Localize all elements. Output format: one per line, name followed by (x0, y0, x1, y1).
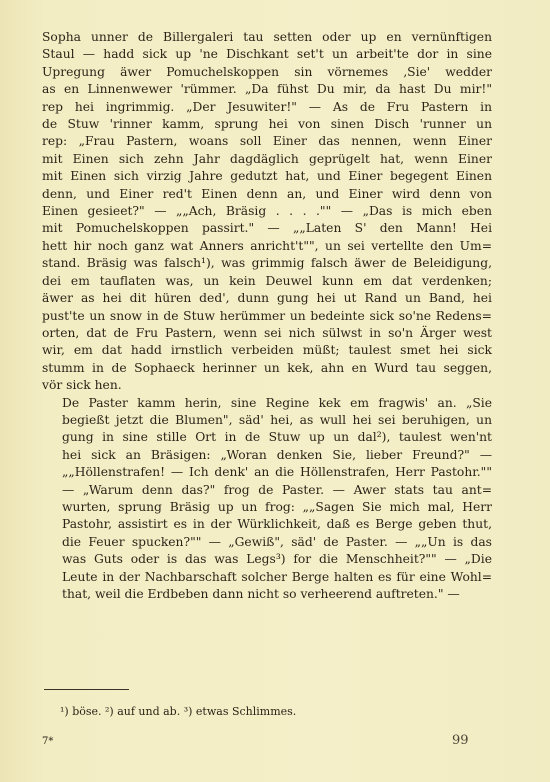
text-line: Sopha unner de Billergaleri tau setten o… (42, 29, 492, 46)
paragraph: De Paster kamm herin, sine Regine kek em… (42, 395, 492, 604)
text-line: pust'te un snow in de Stuw herümmer un b… (42, 308, 492, 325)
text-line: Einen gesieet?" — „„Ach, Bräsig . . . ."… (42, 203, 492, 220)
text-line: Upregung äwer Pomuchelskoppen sin vörnem… (42, 64, 492, 81)
paragraph: Sopha unner de Billergaleri tau setten o… (42, 29, 492, 395)
text-line: dei em tauflaten was, un kein Deuwel kun… (42, 273, 492, 290)
text-line: „„Höllenstrafen! — Ich denk' an die Höll… (42, 464, 492, 481)
text-line: de Stuw 'rinner kamm, sprung hei von sin… (42, 116, 492, 133)
text-line: vör sick hen. (42, 377, 492, 394)
text-line: De Paster kamm herin, sine Regine kek em… (42, 395, 492, 412)
page-number: 99 (452, 733, 469, 748)
text-line: hett hir noch ganz wat Anners anricht't"… (42, 238, 492, 255)
text-line: hei sick an Bräsigen: „Woran denken Sie,… (42, 447, 492, 464)
text-line: stand. Bräsig was falsch¹), was grimmig … (42, 255, 492, 272)
text-line: rep hei ingrimmig. „Der Jesuwiter!" — As… (42, 99, 492, 116)
text-line: wurten, sprung Bräsig up un frog: „„Sage… (42, 499, 492, 516)
text-line: mit Pomuchelskoppen passirt." — „„Laten … (42, 220, 492, 237)
text-line: begießt jetzt die Blumen", säd' hei, as … (42, 412, 492, 429)
text-line: rep: „Frau Pastern, woans soll Einer das… (42, 133, 492, 150)
text-line: mit Einen sich virzig Jahre gedutzt hat,… (42, 168, 492, 185)
text-line: orten, dat de Fru Pastern, wenn sei nich… (42, 325, 492, 342)
text-line: — „Warum denn das?" frog de Paster. — Aw… (42, 482, 492, 499)
text-line: gung in sine stille Ort in de Stuw up un… (42, 429, 492, 446)
signature-mark: 7* (42, 736, 53, 747)
text-line: Staul — hadd sick up 'ne Dischkant set't… (42, 46, 492, 63)
body-text: Sopha unner de Billergaleri tau setten o… (42, 29, 492, 603)
text-line: Leute in der Nachbarschaft solcher Berge… (42, 569, 492, 586)
text-line: that, weil die Erdbeben dann nicht so ve… (42, 586, 492, 603)
text-line: wir, em dat hadd irnstlich verbeiden müß… (42, 342, 492, 359)
text-line: denn, und Einer red't Einen denn an, und… (42, 186, 492, 203)
text-line: äwer as hei dit hüren ded', dunn gung he… (42, 290, 492, 307)
text-line: Pastohr, assistirt es in der Würklichkei… (42, 516, 492, 533)
text-line: was Guts oder is das was Legs³) for die … (42, 551, 492, 568)
text-line: as en Linnenwewer 'rümmer. „Da fühst Du … (42, 81, 492, 98)
text-line: mit Einen sich zehn Jahr dagdäglich gepr… (42, 151, 492, 168)
text-line: die Feuer spucken?"" — „Gewiß", säd' de … (42, 534, 492, 551)
footnote-rule (44, 689, 129, 690)
text-line: stumm in de Sophaeck herinner un kek, ah… (42, 360, 492, 377)
footnotes: ¹) böse. ²) auf und ab. ³) etwas Schlimm… (60, 705, 296, 718)
book-page: Sopha unner de Billergaleri tau setten o… (0, 0, 550, 782)
